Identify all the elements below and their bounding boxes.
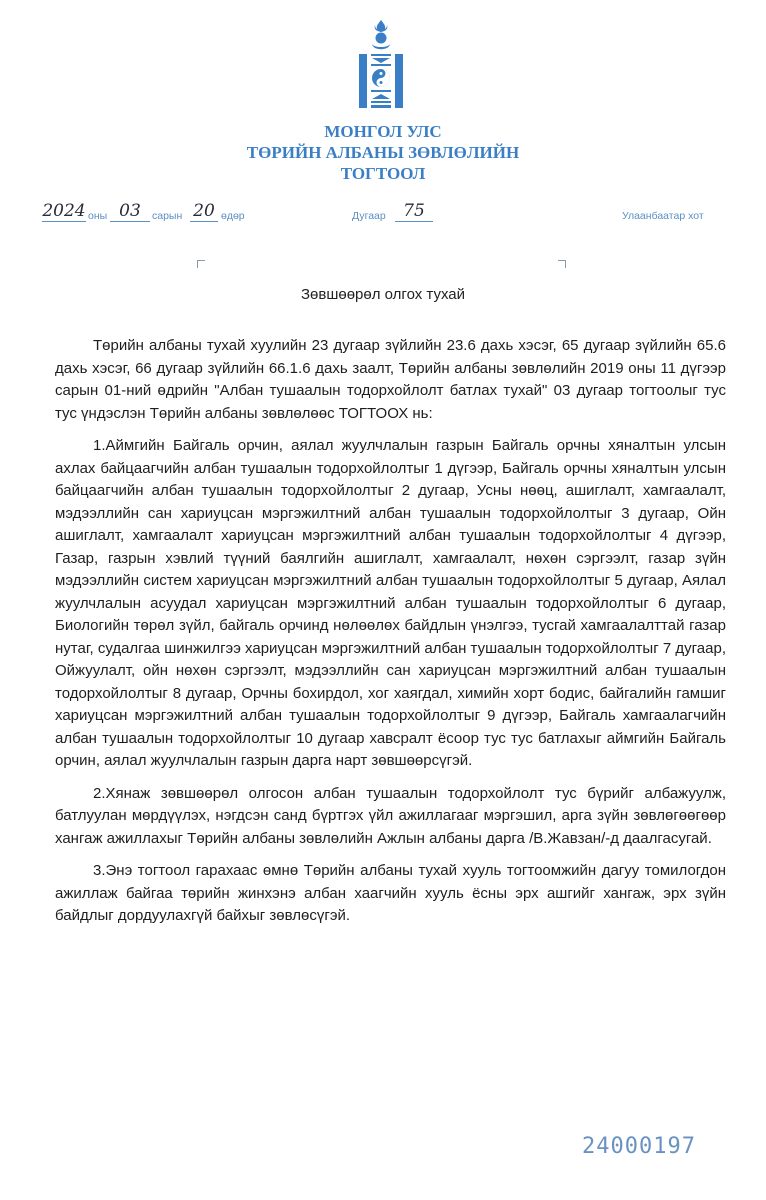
date-day: 20 [190, 201, 218, 222]
date-year: 2024 [42, 201, 86, 222]
place: Улаанбаатар хот [622, 210, 704, 222]
date-month: 03 [110, 201, 150, 222]
header-council: ТӨРИЙН АЛБАНЫ ЗӨВЛӨЛИЙН [0, 142, 766, 163]
resolution-item-3: 3.Энэ тогтоол гарахаас өмнө Төрийн албан… [55, 860, 726, 928]
preamble-paragraph: Төрийн албаны тухай хуулийн 23 дугаар зү… [55, 335, 726, 425]
stamp-number: 24000197 [582, 1134, 696, 1159]
soyombo-emblem-icon [357, 18, 405, 110]
header-doc-type: ТОГТООЛ [0, 163, 766, 184]
document-subject: Зөвшөөрөл олгох тухай [0, 286, 766, 303]
corner-mark-left [197, 260, 205, 268]
resolution-item-1: 1.Аймгийн Байгаль орчин, аялал жуулчлалы… [55, 435, 726, 773]
header-country: МОНГОЛ УЛС [0, 121, 766, 142]
number-label: Дугаар [352, 210, 386, 222]
date-month-label: сарын [152, 210, 182, 222]
date-day-label: өдөр [221, 210, 245, 222]
corner-mark-right [558, 260, 566, 268]
dateline: 2024 оны 03 сарын 20 өдөр Дугаар 75 Улаа… [42, 196, 732, 230]
date-year-label: оны [88, 210, 107, 222]
document-number: 75 [395, 201, 433, 222]
document-header: МОНГОЛ УЛС ТӨРИЙН АЛБАНЫ ЗӨВЛӨЛИЙН ТОГТО… [0, 121, 766, 184]
resolution-item-2: 2.Хянаж зөвшөөрөл олгосон албан тушаалын… [55, 783, 726, 851]
document-body: Төрийн албаны тухай хуулийн 23 дугаар зү… [55, 335, 726, 938]
